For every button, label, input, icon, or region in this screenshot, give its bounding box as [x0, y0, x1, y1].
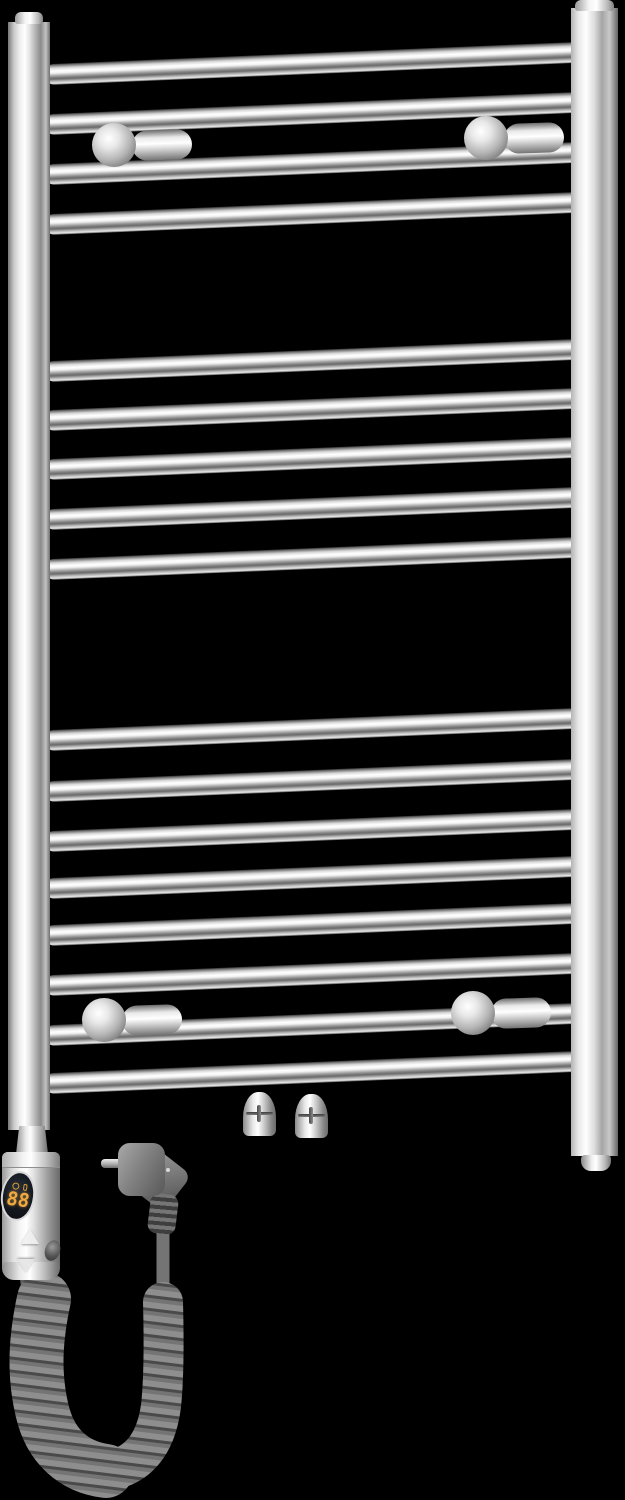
bracket-arm [121, 1004, 182, 1036]
valve-cap [295, 1094, 328, 1138]
bracket-arm [503, 122, 564, 154]
bracket-arm [131, 129, 192, 161]
down-arrow-button [17, 1259, 35, 1273]
towel-rail [44, 808, 581, 851]
towel-rail [44, 436, 581, 479]
towel-rail [44, 41, 581, 84]
up-arrow-button [21, 1229, 39, 1244]
valve-cap [243, 1092, 276, 1136]
wall-mount-knob [464, 116, 508, 160]
wall-mount-knob [92, 123, 136, 167]
display-digits: 88 [4, 1190, 31, 1212]
towel-rail [44, 486, 581, 529]
plug-highlight [166, 1168, 170, 1172]
towel-rail [44, 855, 581, 898]
bracket-arm [490, 997, 551, 1029]
valve-cross-slot [257, 1105, 261, 1122]
plug-strain-relief [147, 1192, 180, 1235]
heater-connector-nut [16, 1126, 48, 1154]
wall-mount-knob [82, 998, 126, 1042]
right-tube-top-cap [575, 0, 614, 11]
towel-rail [44, 1050, 581, 1093]
valve-cross-slot [309, 1107, 313, 1124]
wall-mount-knob [451, 991, 495, 1035]
towel-rail [44, 952, 581, 995]
towel-rail [44, 387, 581, 430]
towel-rail [44, 707, 581, 750]
power-plug [118, 1143, 165, 1196]
coil-left-column [36, 1299, 106, 1471]
towel-rail [44, 902, 581, 945]
right-vertical-tube [571, 8, 618, 1156]
right-tube-bottom-cap [581, 1155, 611, 1171]
towel-rail [44, 191, 581, 234]
towel-rail [44, 536, 581, 579]
towel-rail [44, 338, 581, 381]
left-tube-top-cap [15, 12, 43, 24]
left-vertical-tube [8, 22, 50, 1130]
towel-rail [44, 758, 581, 801]
product-photo: 88 [0, 0, 625, 1500]
